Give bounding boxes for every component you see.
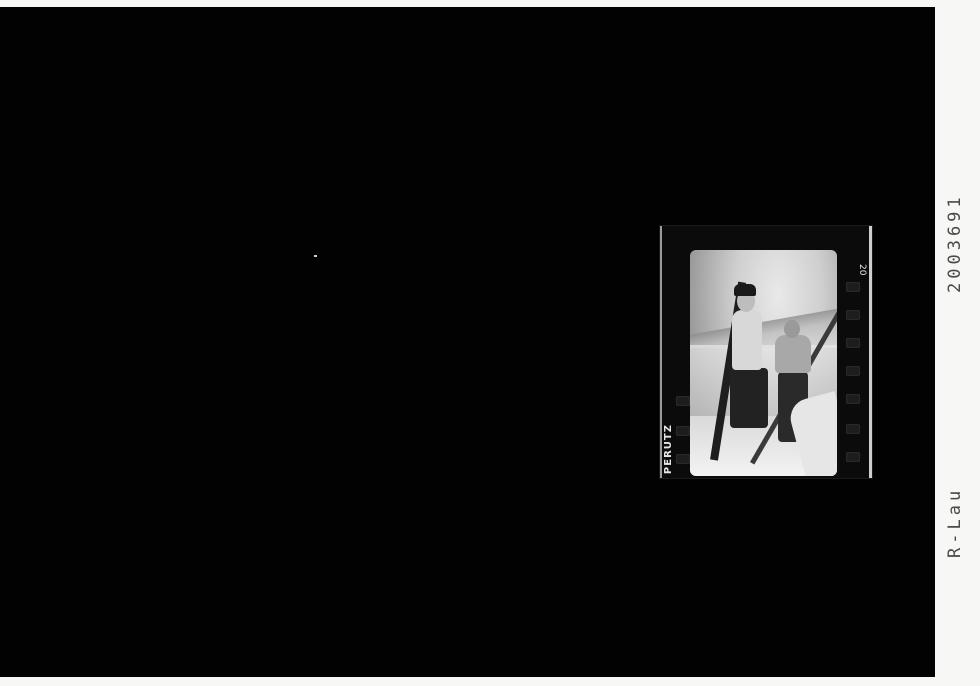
sprocket-hole bbox=[846, 424, 860, 434]
skier-left-hat bbox=[734, 284, 756, 296]
sprocket-hole bbox=[846, 452, 860, 462]
film-edge-left bbox=[660, 226, 662, 478]
skier-right-head bbox=[784, 320, 800, 338]
sprocket-hole bbox=[846, 394, 860, 404]
film-negative: PERUTZ 20 bbox=[660, 226, 872, 478]
sprocket-hole bbox=[676, 396, 690, 406]
film-brand-label: PERUTZ bbox=[663, 424, 674, 474]
location-code-label: R-Lau bbox=[945, 428, 965, 558]
sprocket-hole bbox=[846, 282, 860, 292]
sprocket-hole bbox=[676, 426, 690, 436]
sprocket-hole bbox=[846, 310, 860, 320]
archive-number-label: 2003691 bbox=[945, 133, 965, 293]
skier-right bbox=[775, 335, 811, 373]
sprocket-hole bbox=[846, 366, 860, 376]
skier-left bbox=[732, 310, 762, 370]
frame-number: 20 bbox=[857, 264, 867, 275]
film-edge-right bbox=[869, 226, 872, 478]
sprocket-holes-left bbox=[674, 226, 690, 478]
sprocket-hole bbox=[846, 338, 860, 348]
sprocket-hole bbox=[676, 454, 690, 464]
mountain-range bbox=[690, 308, 837, 348]
skier-left-legs bbox=[730, 368, 768, 428]
photo-frame bbox=[690, 250, 837, 476]
dust-speck bbox=[314, 255, 317, 257]
